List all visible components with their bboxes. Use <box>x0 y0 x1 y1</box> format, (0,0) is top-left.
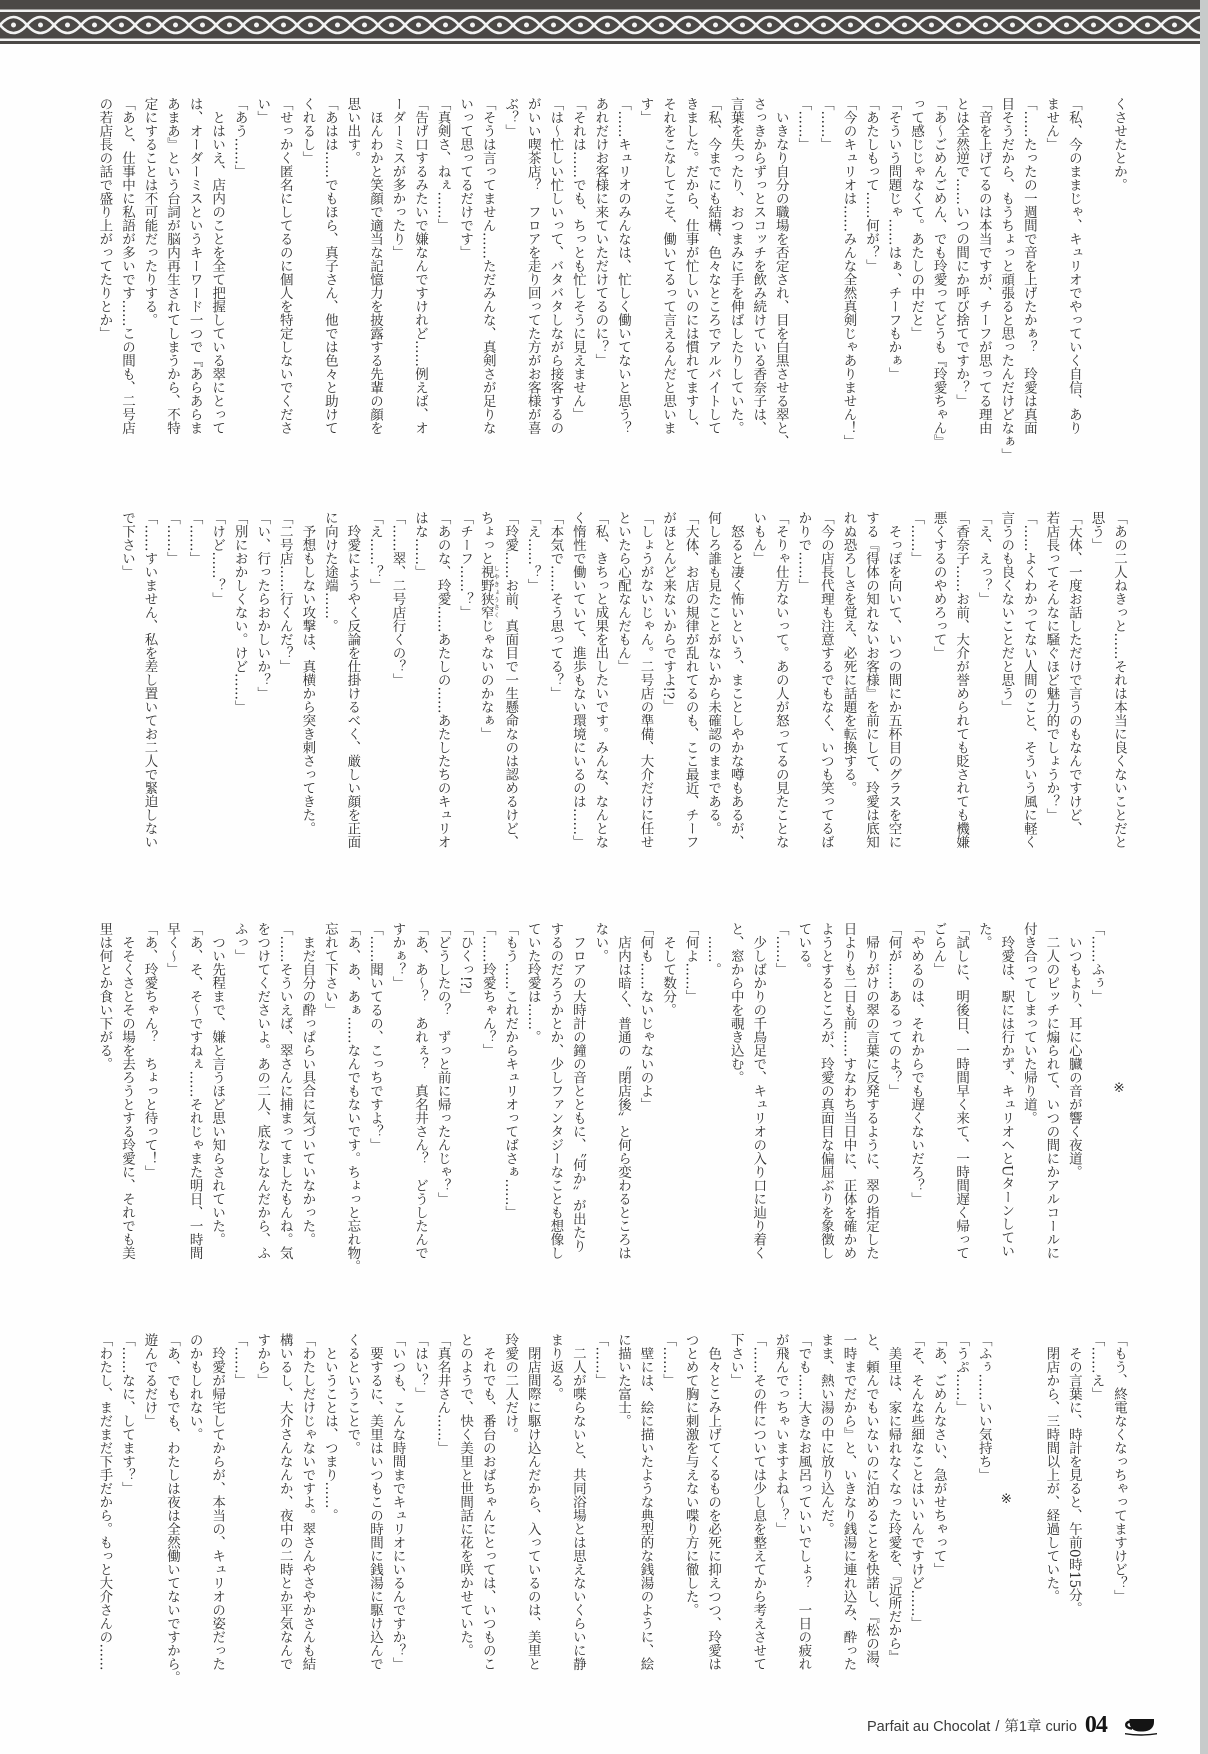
text-column: 若店長ってそんなに騒ぐほど魅力的でしょうか？」 <box>1040 511 1063 863</box>
text-column: あまあ』という台詞が脳内再生されてしまうから、不特 <box>160 97 183 449</box>
text-column: 「……翠、二号店行くの？」 <box>386 511 409 863</box>
text-column: 「い、行ったらおかしいか？」 <box>251 511 274 863</box>
text-tier-1: くさせたとか。 「私、今のままじゃ、キュリオでやっていく自信、あり ません」 「… <box>91 97 1130 449</box>
text-column: それでも、番台のおばちゃんにとっては、いつものこ <box>476 1333 499 1685</box>
text-column: 二人のピッチに煽られて、いつの間にかアルコールに <box>1040 922 1063 1274</box>
text-column: 「真剣さ、ねぇ……」 <box>431 97 454 449</box>
coffee-cup-icon <box>1123 1717 1157 1736</box>
text-column: ている。 <box>792 922 815 1274</box>
text-column: 壁には、絵に描いたような典型的な銭湯のように、絵 <box>634 1333 657 1685</box>
text-column: 帰りがけの翠の言葉に反発するように、翠の指定した <box>859 922 882 1274</box>
text-column: 何しろ誰も見たことがないから未確認のままである。 <box>702 511 725 863</box>
text-column: 「……」 <box>589 1333 612 1685</box>
text-column: 「……」 <box>792 97 815 449</box>
text-column: それをこなしてこそ、働いてるって言えるんだと思いま <box>657 97 680 449</box>
text-column: 「真名井さん……」 <box>431 1333 454 1685</box>
text-column: 「そういう問題じゃ……はぁ、チーフもかぁ」 <box>882 97 905 449</box>
text-column: ようとするところが、玲愛の真面目な偏屈ぶりを象徴し <box>814 922 837 1274</box>
text-column: 「……聞いてるの、こっちですよ？」 <box>363 922 386 1274</box>
text-column: いもん」 <box>747 511 770 863</box>
text-column: に向けた途端……。 <box>318 511 341 863</box>
text-column: 玲愛にようやく反論を仕掛けるべく、厳しい顔を正面 <box>341 511 364 863</box>
text-column: 「今のキュリオは……みんな全然真剣じゃありません！」 <box>837 97 860 449</box>
text-column: 「……」 <box>769 922 792 1274</box>
text-column: ごらん」 <box>927 922 950 1274</box>
text-column: 「あう……」 <box>228 97 251 449</box>
text-column: 玲愛の二人だけ。 <box>499 1333 522 1685</box>
text-column: くれるし」 <box>296 97 319 449</box>
text-column: 玲愛が帰宅してからが、本当の、キュリオの姿だった <box>206 1333 229 1685</box>
text-column: 「……たったの一週間で音を上げたかぁ？ 玲愛は真面 <box>1017 97 1040 449</box>
page-number: 04 <box>1085 1714 1107 1736</box>
text-column <box>93 511 116 863</box>
text-column: 「うぷ……」 <box>950 1333 973 1685</box>
ruby-annotation: 視野狭窄しやきょうさく <box>478 565 494 619</box>
text-column: 悪くするのやめろって」 <box>927 511 950 863</box>
text-column: 色々とこみ上げてくるものを必死に抑えつつ、玲愛は <box>702 1333 725 1685</box>
text-column: といたら心配なんだもん」 <box>611 511 634 863</box>
text-column: 「私、今のままじゃ、キュリオでやっていく自信、あり <box>1062 97 1085 449</box>
text-column: 「あ、あ〜？ あれぇ？ 真名井さん？ どうしたんで <box>409 922 432 1274</box>
text-column: はな……」 <box>409 511 432 863</box>
text-column: 「そ、そんな些細なことはいいんですけど……」 <box>905 1333 928 1685</box>
text-column: 一時までだから』と、いきなり銭湯に連れ込み、酔った <box>837 1333 860 1685</box>
text-column: 「あはは……でもほら、真子さん、他では色々と助けて <box>318 97 341 449</box>
text-column: 「ひくっ!?」 <box>454 922 477 1274</box>
text-column <box>1085 97 1108 449</box>
text-column: そっぽを向いて、いつの間にか五杯目のグラスを空に <box>882 511 905 863</box>
text-column: 「あたしもって……何が？」 <box>859 97 882 449</box>
text-column: に描いた富士。 <box>611 1333 634 1685</box>
text-column: 玲愛は、駅には行かず、キュリオへとUターンしてい <box>995 922 1018 1274</box>
text-column: 「別におかしくない。けど……」 <box>228 511 251 863</box>
text-column: 「……」 <box>160 511 183 863</box>
text-column: ーダーミスが多かったり」 <box>386 97 409 449</box>
text-column: 「あ〜ごめんごめん、でも玲愛ってどうも『玲愛ちゃん』 <box>927 97 950 449</box>
header-ornament <box>0 0 1200 45</box>
text-column: 「あ、でもでも、わたしは夜は全然働いてないですから。 <box>160 1333 183 1685</box>
text-column: さっきからずっとスコッチを飲み続けている香奈子は、 <box>747 97 770 449</box>
text-column: 「……玲愛ちゃん？」 <box>476 922 499 1274</box>
text-column: いつもより、耳に心臓の音が響く夜道。 <box>1062 922 1085 1274</box>
text-column: 「もう……これだからキュリオってばさぁ……」 <box>499 922 522 1274</box>
chapter-label: 第1章 curio <box>1004 1718 1077 1736</box>
text-tier-2: 「あの二人ねきっと……それは本当に良くないことだと 思う」 「大体、一度お話した… <box>91 511 1130 863</box>
text-column: 「何よ……」 <box>679 922 702 1274</box>
text-column: 二人が喋らないと、共同浴場とは思えないくらいに静 <box>566 1333 589 1685</box>
text-column: 「……」 <box>657 1333 680 1685</box>
text-column <box>1017 1333 1040 1685</box>
running-title: Parfait au Chocolat <box>867 1718 990 1736</box>
text-column: フロアの大時計の鐘の音とともに、〝何か〟が出たり <box>566 922 589 1274</box>
text-column: 「はい？」 <box>409 1333 432 1685</box>
text-column: す」 <box>634 97 657 449</box>
text-column: まだ自分の酔っぱらい具合に気づいていなかった。 <box>296 922 319 1274</box>
text-column: をつけてくださいよ。あの二人、底なしなんだから、ふ <box>251 922 274 1274</box>
text-column: 「え……？」 <box>521 511 544 863</box>
text-column: 「わたしだけじゃないですよ。翠さんやさやかさんも結 <box>296 1333 319 1685</box>
text-column: 遊んでるだけ」 <box>138 1333 161 1685</box>
text-column: 「けど……？」 <box>206 511 229 863</box>
text-column: 「……なに、してます？」 <box>115 1333 138 1685</box>
text-column: 「あ、そ、そ〜ですねぇ……それじゃまた明日、一時間 <box>183 922 206 1274</box>
text-column: 「あのな、玲愛……あたしの……あたしたちのキュリオ <box>431 511 454 863</box>
text-column: 「わたし、まだまだ下手だから。もっと大介さんの…… <box>93 1333 116 1685</box>
text-column: 「……キュリオのみんなは、忙しく働いてないと思う？ <box>611 97 634 449</box>
text-column: 「……すいません、私を差し置いてお二人で緊迫しない <box>138 511 161 863</box>
text-column: とはいえ、店内のことを全て把握している翠にとって <box>206 97 229 449</box>
text-column: 「え、えっ？」 <box>972 511 995 863</box>
page-footer: Parfait au Chocolat / 第1章 curio 04 <box>867 1712 1157 1736</box>
text-column: 構いるし、大介さんなんか、夜中の二時とか平気なんで <box>273 1333 296 1685</box>
text-column: 付き合ってしまっていた帰り道。 <box>1017 922 1040 1274</box>
text-column: とのようで、快く美里と世間話に花を咲かせていた。 <box>454 1333 477 1685</box>
ruby-reading: しやきょうさく <box>492 565 499 619</box>
text-column: ほんわかと笑顔で適当な記憶力を披露する先輩の顔を <box>363 97 386 449</box>
text-column: 「いつも、こんな時間までキュリオにいるんですか？」 <box>386 1333 409 1685</box>
text-column: そそくさとその場を去ろうとする玲愛に、それでも美 <box>115 922 138 1274</box>
scroll-wave-ornament-icon <box>0 0 1200 45</box>
text-column: 里は何とか食い下がる。 <box>93 922 116 1274</box>
text-column: で下さい」 <box>115 511 138 863</box>
text-column: 「もう、終電なくなっちゃってますけど？」 <box>1107 1333 1130 1685</box>
text-column: 「チーフ……？」 <box>454 511 477 863</box>
text-column: がいい喫茶店？ フロアを走り回ってた方がお客様が喜 <box>521 97 544 449</box>
text-column: 「香奈子……お前、大介が誉められても貶されても機嫌 <box>950 511 973 863</box>
text-column: 「今の店長代理も注意するでもなく、いつも笑ってるば <box>814 511 837 863</box>
scene-break-marker: ※ <box>995 1333 1018 1685</box>
text-column: がほとんど来ないからですよ!?」 <box>657 511 680 863</box>
text-column: すから」 <box>251 1333 274 1685</box>
text-column: 早く〜」 <box>160 922 183 1274</box>
text-column: 言うのも良くないことだと思う」 <box>995 511 1018 863</box>
text-column: 「……」 <box>905 511 928 863</box>
text-column: の若店長の話で盛り上がってたりとか」 <box>93 97 116 449</box>
text-column: そして数分。 <box>657 922 680 1274</box>
text-column: 「音を上げてるのは本当ですが、チーフが思ってる理由 <box>972 97 995 449</box>
text-column: 「……その件については少し息を整えてから考えさせて <box>747 1333 770 1685</box>
text-column: 「しょうがないじゃん。二号店の準備、大介だけに任せ <box>634 511 657 863</box>
text-column: 思い出す。 <box>341 97 364 449</box>
text-column: 要するに、美里はいつもこの時間に銭湯に駆け込んで <box>363 1333 386 1685</box>
text-column: が飛んでっちゃいますよね〜？」 <box>769 1333 792 1685</box>
text-column: 「でも……大きなお風呂っていいでしょ？ 一日の疲れ <box>792 1333 815 1685</box>
text-column: 美里は、家に帰れなくなった玲愛を、『近所だから』 <box>882 1333 905 1685</box>
text-column: つい先程まで、嫌と言うほど思い知らされていた。 <box>206 922 229 1274</box>
text-column: 目そうだから、もうちょっと頑張ると思ったんだけどなぁ」 <box>995 97 1018 449</box>
text-column: その言葉に、時計を見ると、午前0時15分。 <box>1062 1333 1085 1685</box>
text-column: まり返る。 <box>544 1333 567 1685</box>
text-column: くるということで。 <box>341 1333 364 1685</box>
text-column: 「ふぅ……いい気持ち」 <box>972 1333 995 1685</box>
text-column: いきなり自分の職場を否定され、目を白黒させる翠と、 <box>769 97 792 449</box>
text-column: するのだろうかとか、少しファンタジーなことも想像し <box>544 922 567 1274</box>
text-column: 「あ、ごめんなさい、急がせちゃって」 <box>927 1333 950 1685</box>
text-column: 言葉を失ったり、おつまみに手を伸ばしたりしていた。 <box>724 97 747 449</box>
text-column: 店内は暗く、普通の〝閉店後〟と何ら変わるところは <box>611 922 634 1274</box>
text-column: は、オーダーミスというキーワード一つで『あらあらま <box>183 97 206 449</box>
text-column: かりで……」 <box>792 511 815 863</box>
text-column: のかもしれない。 <box>183 1333 206 1685</box>
text-column: 「そうは言ってません……ただみんな、真剣さが足りな <box>476 97 499 449</box>
text-tier-4: 「もう、終電なくなっちゃってますけど？」 「……え」 その言葉に、時計を見ると、… <box>91 1333 1130 1685</box>
text-column: 「何も……ないじゃないのよ」 <box>634 922 657 1274</box>
text-column: 閉店から、三時間以上が、経過していた。 <box>1040 1333 1063 1685</box>
text-column: ません」 <box>1040 97 1063 449</box>
text-column: ……。 <box>702 922 725 1274</box>
text-column: まま、熱い湯の中に放り込んだ。 <box>814 1333 837 1685</box>
text-column: 忘れて下さい」 <box>318 922 341 1274</box>
text-column: ぶ？」 <box>499 97 522 449</box>
title-separator: / <box>995 1718 999 1736</box>
text-column: 「……ふぅ」 <box>1085 922 1108 1274</box>
text-column: 予想もしない攻撃は、真横から突き刺さってきた。 <box>296 511 319 863</box>
text-column: 「私、今までにも結構、色々なところでアルバイトして <box>702 97 725 449</box>
text-column: と、頼んでもいないのに泊めることを快諾し、『松の湯、 <box>859 1333 882 1685</box>
text-column: 下さい」 <box>724 1333 747 1685</box>
text-column: 定にすることは不可能だったりする。 <box>138 97 161 449</box>
text-column: 「あ、玲愛ちゃん？ ちょっと待って！」 <box>138 922 161 1274</box>
text-column: 「……そういえば、翠さんに捕まってましたもんね。気 <box>273 922 296 1274</box>
text-column: つとめて胸に刺激を与えない喋り方に徹した。 <box>679 1333 702 1685</box>
text-column-with-ruby: ちょっと視野狭窄しやきょうさくじゃないのかなぁ」 <box>476 511 499 863</box>
text-column: 「は〜忙しい忙しいって、バタバタしながら接客するの <box>544 97 567 449</box>
text-column: 「やめるのは、それからでも遅くないだろ？」 <box>905 922 928 1274</box>
text-column: 「え……？」 <box>363 511 386 863</box>
text-column: すかぁ？」 <box>386 922 409 1274</box>
text-column: 「二号店……行くんだ？」 <box>273 511 296 863</box>
text-column: 少しばかりの千鳥足で、キュリオの入り口に辿り着く <box>747 922 770 1274</box>
text-tier-3: ※ 「……ふぅ」 いつもより、耳に心臓の音が響く夜道。 二人のピッチに煽られて、… <box>91 922 1130 1274</box>
text-column: い」 <box>251 97 274 449</box>
text-column: って感じじゃなくて。あたしの中だと」 <box>905 97 928 449</box>
text-column: 「大体、お店の規律が乱れてるのも、ここ最近、チーフ <box>679 511 702 863</box>
text-column: 「そりゃ仕方ないって。あの人が怒ってるの見たことな <box>769 511 792 863</box>
text-column: 「……え」 <box>1085 1333 1108 1685</box>
text-column: 「……よくわかってない人間のこと、そういう風に軽く <box>1017 511 1040 863</box>
text-column: 怒ると凄く怖いという、まことしやかな噂もあるが、 <box>724 511 747 863</box>
text-column: 「あと、仕事中に私語が多いです……この間も、二号店 <box>115 97 138 449</box>
text-column: 「告げ口するみたいで嫌なんですけれど……例えば、オ <box>409 97 432 449</box>
text-column: ふっ」 <box>228 922 251 1274</box>
text-column: きました。だから、仕事が忙しいのには慣れてますし、 <box>679 97 702 449</box>
text-column: 「あの二人ねきっと……それは本当に良くないことだと <box>1107 511 1130 863</box>
text-column: あれだけお客様に来ていただけてるのに？」 <box>589 97 612 449</box>
text-column: 日よりも二日も前……すなわち当日中に、正体を確かめ <box>837 922 860 1274</box>
text-column: 「私、きちっと成果を出したいです。みんな、なんとな <box>589 511 612 863</box>
text-column: ていた玲愛は……。 <box>521 922 544 1274</box>
scan-page-edge <box>1200 0 1208 1754</box>
text-column: する『得体の知れないお客様』を前にして、玲愛は底知 <box>859 511 882 863</box>
text-column: 「何が……あるってのよ？」 <box>882 922 905 1274</box>
text-column: た。 <box>972 922 995 1274</box>
text-fragment: ちょっと <box>478 511 494 565</box>
text-column: くさせたとか。 <box>1107 97 1130 449</box>
text-column: とは全然逆で……いつの間にか呼び捨てですか？」 <box>950 97 973 449</box>
text-column: 思う」 <box>1085 511 1108 863</box>
text-fragment: じゃないのかなぁ」 <box>478 619 494 741</box>
text-column: 閉店間際に駆け込んだから、入っているのは、美里と <box>521 1333 544 1685</box>
text-column: ということは、つまり……。 <box>318 1333 341 1685</box>
text-column: ない。 <box>589 922 612 1274</box>
text-column: 「本気で……そう思ってる？」 <box>544 511 567 863</box>
text-column: 「せっかく匿名にしてるのに個人を特定しないでくださ <box>273 97 296 449</box>
scene-break-marker: ※ <box>1107 922 1130 1274</box>
text-column: いって思ってるだけです」 <box>454 97 477 449</box>
text-column: 「大体、一度お話しただけで言うのもなんですけど、 <box>1062 511 1085 863</box>
text-column: く惰性で働いていて、進歩もない環境にいるのは……」 <box>566 511 589 863</box>
text-column: 「あ、あ、あぁ……なんでもないです。ちょっと忘れ物。 <box>341 922 364 1274</box>
text-column: 「試しに、明後日、一時間早く来て、一時間遅く帰って <box>950 922 973 1274</box>
text-column: 「それは……でも、ちっとも忙しそうに見えません」 <box>566 97 589 449</box>
text-column: 「……」 <box>228 1333 251 1685</box>
text-column: れぬ恐ろしさを覚え、必死に話題を転換する。 <box>837 511 860 863</box>
text-column: 「……」 <box>183 511 206 863</box>
text-column: 「……」 <box>814 97 837 449</box>
text-column: 「どうしたの？ ずっと前に帰ったんじゃ？」 <box>431 922 454 1274</box>
text-column: と、窓から中を覗き込む。 <box>724 922 747 1274</box>
text-column: 「玲愛……お前、真面目で一生懸命なのは認めるけど、 <box>499 511 522 863</box>
